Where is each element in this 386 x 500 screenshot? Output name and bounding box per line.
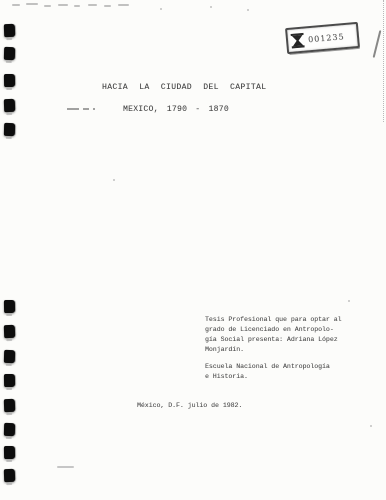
binding-hole-mark [4, 423, 15, 436]
scan-speck [113, 179, 115, 181]
scanned-thesis-title-page: 001235 HACIA LA CIUDAD DEL CAPITAL MEXIC… [0, 0, 386, 500]
binding-hole-mark [4, 469, 15, 482]
binding-hole-mark [4, 123, 15, 136]
title-line-1: HACIA LA CIUDAD DEL CAPITAL [102, 83, 266, 92]
library-accession-stamp: 001235 [285, 22, 360, 54]
title-line-2: MEXICO, 1790 - 1870 [123, 105, 229, 114]
school-line: Escuela Nacional de Antropología [205, 362, 330, 372]
binding-hole-mark [4, 350, 15, 363]
scan-edge-dotted-line [383, 0, 384, 122]
stamp-number: 001235 [308, 32, 345, 44]
thesis-credit-line: Monjardín. [205, 345, 342, 355]
hourglass-x-icon [290, 32, 304, 48]
scan-edge-stroke [373, 30, 382, 58]
binding-hole-mark [4, 300, 15, 313]
school-paragraph: Escuela Nacional de Antropología e Histo… [205, 362, 330, 382]
binding-hole-mark [4, 47, 15, 60]
binding-hole-mark [4, 24, 15, 37]
thesis-credit-paragraph: Tesis Profesional que para optar al grad… [205, 315, 342, 355]
school-line: e Historia. [205, 372, 330, 382]
thesis-credit-line: gía Social presenta: Adriana López [205, 335, 342, 345]
binding-hole-mark [4, 374, 15, 387]
scan-speck [370, 425, 372, 427]
binding-hole-mark [4, 399, 15, 412]
faint-pencil-dash [57, 466, 74, 468]
binding-hole-mark [4, 74, 15, 87]
place-date-line: México, D.F. julio de 1982. [137, 402, 242, 409]
scan-speck [348, 300, 350, 302]
binding-hole-mark [4, 99, 15, 112]
pencil-dash-marks [67, 108, 99, 111]
thesis-credit-line: Tesis Profesional que para optar al [205, 315, 342, 325]
binding-hole-mark [4, 446, 15, 459]
binding-hole-mark [4, 325, 15, 338]
thesis-credit-line: grado de Licenciado en Antropolo- [205, 325, 342, 335]
